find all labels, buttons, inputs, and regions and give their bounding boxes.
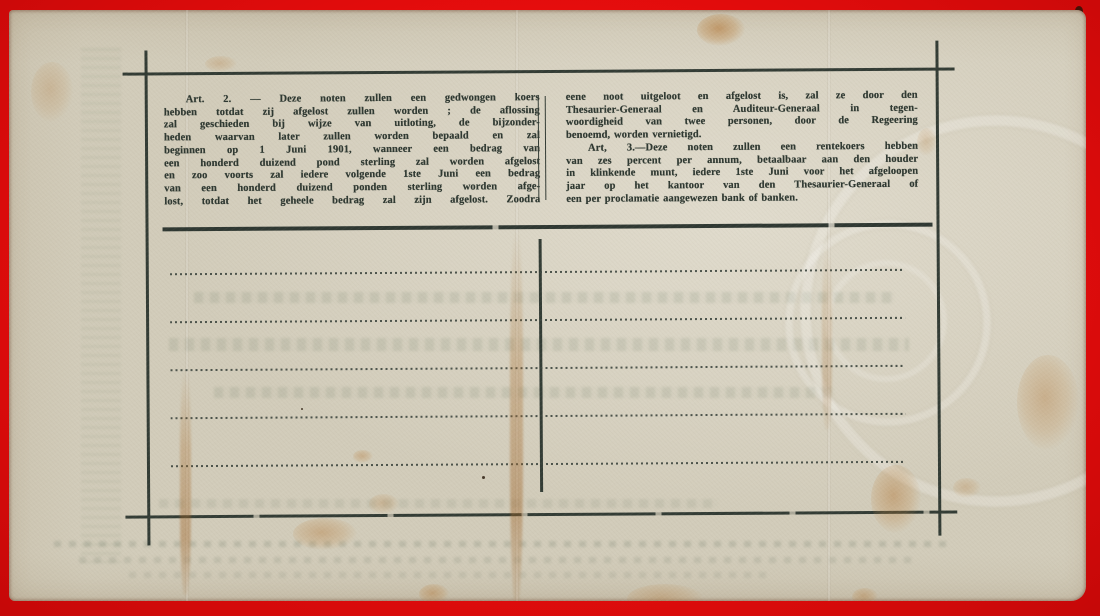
printed-layer: Art. 2. — Deze noten zullen een gedwonge… [9, 10, 1086, 601]
column-divider-double-line [538, 96, 547, 200]
note-paper: Art. 2. — Deze noten zullen een gedwonge… [9, 10, 1086, 601]
table-top-rule [163, 223, 933, 232]
table-dotted-line [171, 461, 906, 467]
frame-left-line [144, 50, 150, 545]
table-dotted-line [170, 269, 905, 275]
article-2-column: Art. 2. — Deze noten zullen een gedwonge… [164, 92, 541, 209]
table-dotted-line [170, 317, 905, 323]
frame-top-line [123, 68, 955, 76]
article-3-column: eene noot uitgeloot en afgelost is, zal … [566, 90, 919, 206]
frame-bottom-line [125, 511, 957, 519]
frame-right-line [935, 41, 941, 536]
text-line: woordigheid van twee personen, door de R… [566, 115, 918, 130]
table-dotted-line [171, 413, 906, 419]
text-line: jaar op het kantoor van den Thesaurier-G… [566, 179, 918, 194]
table-dotted-line [170, 365, 905, 371]
text-line: een per proclamatie aangewezen bank of b… [566, 191, 918, 206]
text-line: lost, totdat het geheele bedrag zal zijn… [164, 194, 540, 209]
table-center-divider [539, 239, 543, 492]
banknote-photo: { "note_back": { "description_label": "b… [0, 0, 1100, 616]
